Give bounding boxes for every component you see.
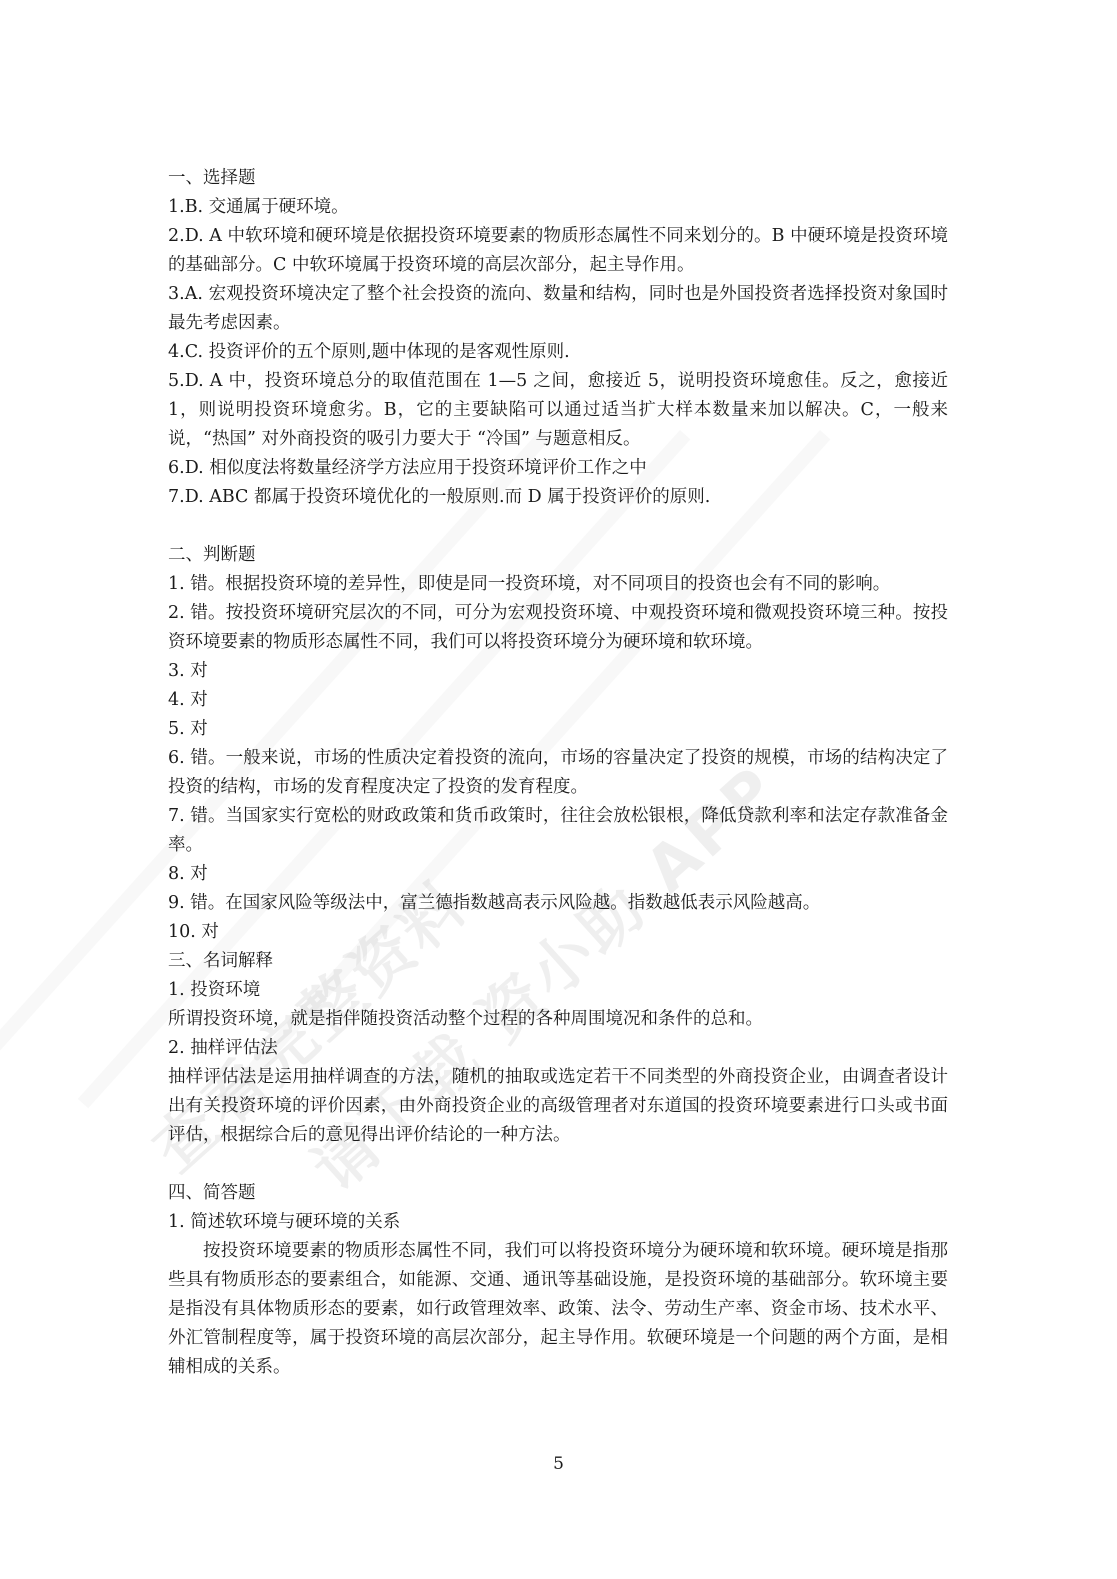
section-heading-short-answer: 四、简答题 [168,1179,948,1208]
judgement-answer-9: 9. 错。在国家风险等级法中，富兰德指数越高表示风险越。指数越低表示风险越高。 [168,889,948,918]
choice-answer-7: 7.D. ABC 都属于投资环境优化的一般原则.而 D 属于投资评价的原则. [168,483,948,512]
section-heading-choice: 一、选择题 [168,164,948,193]
judgement-answer-10: 10. 对 [168,918,948,947]
judgement-answer-4: 4. 对 [168,686,948,715]
term-title-1: 1. 投资环境 [168,976,948,1005]
section-heading-judgement: 二、判断题 [168,541,948,570]
judgement-answer-8: 8. 对 [168,860,948,889]
judgement-answer-5: 5. 对 [168,715,948,744]
term-body-2: 抽样评估法是运用抽样调查的方法，随机的抽取或选定若干不同类型的外商投资企业，由调… [168,1063,948,1150]
answer-content: 一、选择题 1.B. 交通属于硬环境。 2.D. A 中软环境和硬环境是依据投资… [168,164,948,1382]
judgement-answer-7: 7. 错。当国家实行宽松的财政政策和货币政策时，往往会放松银根，降低贷款利率和法… [168,802,948,860]
judgement-answer-2: 2. 错。按投资环境研究层次的不同，可分为宏观投资环境、中观投资环境和微观投资环… [168,599,948,657]
spacer [168,512,948,541]
choice-answer-4: 4.C. 投资评价的五个原则,题中体现的是客观性原则. [168,338,948,367]
choice-answer-2: 2.D. A 中软环境和硬环境是依据投资环境要素的物质形态属性不同来划分的。B … [168,222,948,280]
short-answer-title-1: 1. 简述软环境与硬环境的关系 [168,1208,948,1237]
choice-answer-1: 1.B. 交通属于硬环境。 [168,193,948,222]
page-number: 5 [0,1454,1117,1474]
short-answer-body-1: 按投资环境要素的物质形态属性不同，我们可以将投资环境分为硬环境和软环境。硬环境是… [168,1237,948,1382]
choice-answer-6: 6.D. 相似度法将数量经济学方法应用于投资环境评价工作之中 [168,454,948,483]
judgement-answer-3: 3. 对 [168,657,948,686]
term-body-1: 所谓投资环境，就是指伴随投资活动整个过程的各种周围境况和条件的总和。 [168,1005,948,1034]
judgement-answer-1: 1. 错。根据投资环境的差异性，即使是同一投资环境，对不同项目的投资也会有不同的… [168,570,948,599]
section-heading-terms: 三、名词解释 [168,947,948,976]
choice-answer-3: 3.A. 宏观投资环境决定了整个社会投资的流向、数量和结构，同时也是外国投资者选… [168,280,948,338]
document-page: 查看完整资料 请下载 资小助 APP 一、选择题 1.B. 交通属于硬环境。 2… [0,0,1117,1579]
judgement-answer-6: 6. 错。一般来说，市场的性质决定着投资的流向，市场的容量决定了投资的规模，市场… [168,744,948,802]
spacer [168,1150,948,1179]
choice-answer-5: 5.D. A 中，投资环境总分的取值范围在 1—5 之间，愈接近 5，说明投资环… [168,367,948,454]
term-title-2: 2. 抽样评估法 [168,1034,948,1063]
